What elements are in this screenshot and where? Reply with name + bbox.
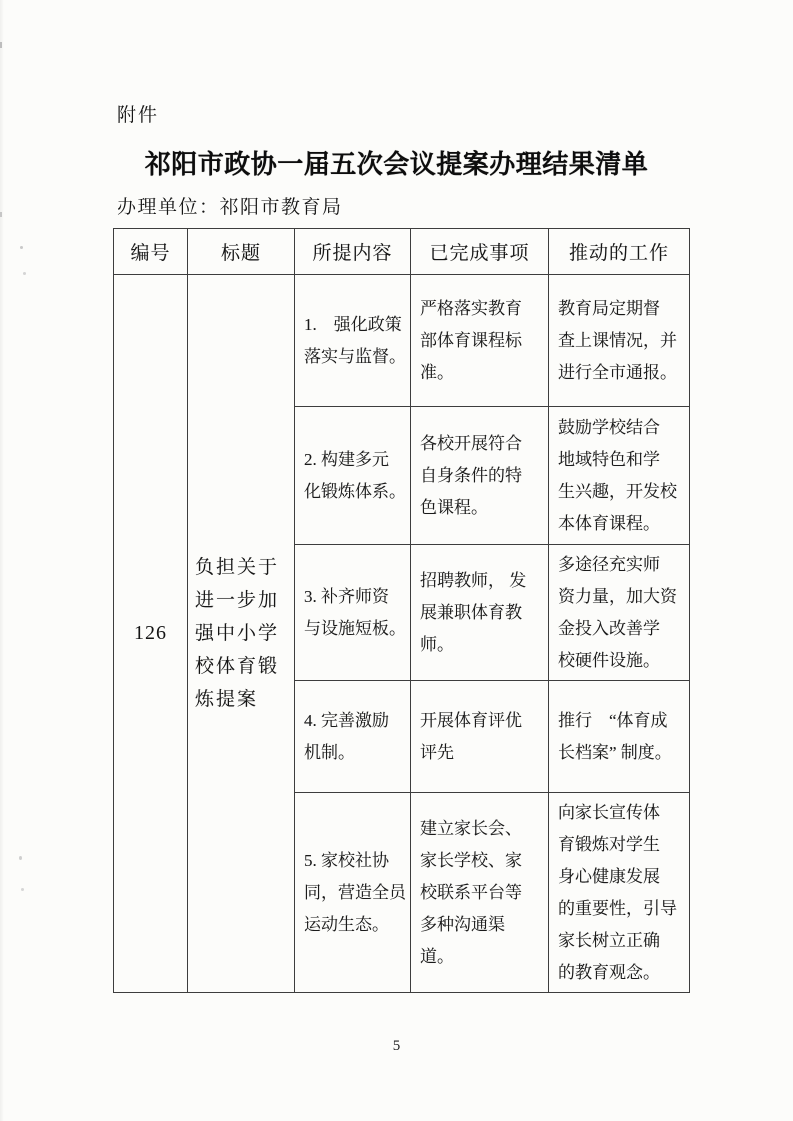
column-header-title: 标题 — [188, 229, 295, 275]
cell-promoted-4: 推行 “体育成 长档案” 制度。 — [549, 681, 690, 793]
cell-completed-1: 严格落实教育 部体育课程标 准。 — [411, 275, 549, 407]
page-number: 5 — [0, 1038, 793, 1055]
cell-completed-3: 招聘教师， 发 展兼职体育教 师。 — [411, 545, 549, 681]
cell-content-5: 5. 家校社协 同，营造全员 运动生态。 — [295, 793, 411, 993]
cell-promoted-2: 鼓励学校结合 地域特色和学 生兴趣，开发校 本体育课程。 — [549, 407, 690, 545]
cell-content-4: 4. 完善激励 机制。 — [295, 681, 411, 793]
cell-promoted-5: 向家长宣传体 育锻炼对学生 身心健康发展 的重要性，引导 家长树立正确 的教育观… — [549, 793, 690, 993]
cell-promoted-3: 多途径充实师 资力量，加大资 金投入改善学 校硬件设施。 — [549, 545, 690, 681]
cell-completed-4: 开展体育评优 评先 — [411, 681, 549, 793]
scan-speckle — [20, 246, 23, 249]
column-header-content: 所提内容 — [295, 229, 411, 275]
column-header-promoted: 推动的工作 — [549, 229, 690, 275]
proposal-result-table: 编号 标题 所提内容 已完成事项 推动的工作 126 负担关于 进一步加 强中小… — [113, 228, 690, 993]
scan-speckle — [19, 856, 22, 860]
cell-completed-5: 建立家长会、 家长学校、家 校联系平台等 多种沟通渠 道。 — [411, 793, 549, 993]
cell-proposal-title: 负担关于 进一步加 强中小学 校体育锻 炼提案 — [188, 275, 295, 993]
cell-content-1: 1. 强化政策 落实与监督。 — [295, 275, 411, 407]
cell-completed-2: 各校开展符合 自身条件的特 色课程。 — [411, 407, 549, 545]
page-title: 祁阳市政协一届五次会议提案办理结果清单 — [0, 144, 793, 181]
cell-content-2: 2. 构建多元 化锻炼体系。 — [295, 407, 411, 545]
handling-unit-line: 办理单位：祁阳市教育局 — [117, 192, 343, 219]
column-header-completed: 已完成事项 — [411, 229, 549, 275]
document-page: 附件 祁阳市政协一届五次会议提案办理结果清单 办理单位：祁阳市教育局 编号 标题… — [0, 0, 793, 1121]
scan-speckle — [21, 888, 24, 891]
cell-content-3: 3. 补齐师资 与设施短板。 — [295, 545, 411, 681]
scan-speckle — [0, 42, 2, 48]
cell-proposal-number: 126 — [114, 275, 188, 993]
scan-speckle — [23, 272, 26, 275]
attachment-label: 附件 — [117, 100, 159, 127]
table-header-row: 编号 标题 所提内容 已完成事项 推动的工作 — [114, 229, 690, 275]
table-row: 126 负担关于 进一步加 强中小学 校体育锻 炼提案 1. 强化政策 落实与监… — [114, 275, 690, 407]
column-header-number: 编号 — [114, 229, 188, 275]
scan-speckle — [0, 212, 2, 217]
cell-promoted-1: 教育局定期督 查上课情况，并 进行全市通报。 — [549, 275, 690, 407]
